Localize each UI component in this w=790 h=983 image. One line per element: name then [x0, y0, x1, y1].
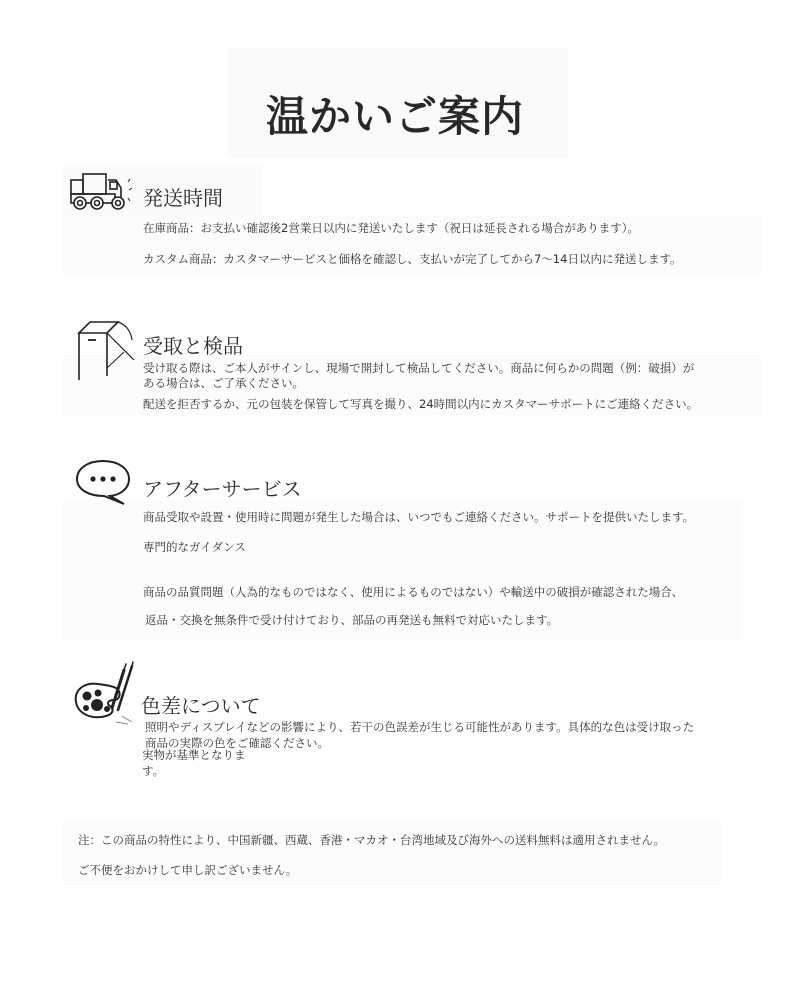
- truck-icon: [68, 170, 136, 212]
- box-icon: [74, 318, 138, 382]
- section-text: 商品の品質問題（人為的なものではなく、使用によるものではない）や輸送中の破損が確…: [143, 585, 683, 599]
- section-text: 配送を拒否するか、元の包装を保管して写真を撮り、24時間以内にカスタマーサポート…: [143, 397, 698, 411]
- section-text: 在庫商品：お支払い確認後2営業日以内に発送いたします（祝日は延長される場合があり…: [143, 221, 639, 235]
- section-heading: 発送時間: [143, 182, 223, 211]
- section-text: 実物が基準となりま: [142, 748, 246, 762]
- section-text: 返品・交換を無条件で受け付けており、部品の再発送も無料で対応いたします。: [145, 613, 558, 627]
- page-title: 温かいご案内: [0, 84, 790, 144]
- section-text: 照明やディスプレイなどの影響により、若干の色誤差が生じる可能性があります。具体的…: [145, 720, 694, 734]
- section-text: 専門的なガイダンス: [143, 540, 246, 554]
- section-text: 受け取る際は、ご本人がサインし、現場で開封して検品してください。商品に何らかの問…: [143, 361, 694, 375]
- palette-icon: [72, 660, 138, 730]
- shipping-exclusion-note: 注：この商品の特性により、中国新疆、西蔵、香港・マカオ・台湾地域及び海外への送料…: [78, 832, 665, 848]
- section-text: 商品受取や設置・使用時に問題が発生した場合は、いつでもご連絡ください。サポートを…: [143, 510, 694, 524]
- section-heading: 受取と検品: [143, 330, 243, 359]
- chat-bubble-icon: [74, 458, 132, 506]
- section-text: す。: [142, 764, 164, 778]
- apology-note: ご不便をおかけして申し訳ございません。: [78, 862, 297, 878]
- section-heading: 色差について: [141, 690, 261, 719]
- section-text: カスタム商品：カスタマーサービスと価格を確認し、支払いが完了してから7〜14日以…: [143, 252, 682, 266]
- section-text: ある場合は、ご了承ください。: [143, 376, 304, 390]
- section-heading: アフターサービス: [143, 473, 302, 502]
